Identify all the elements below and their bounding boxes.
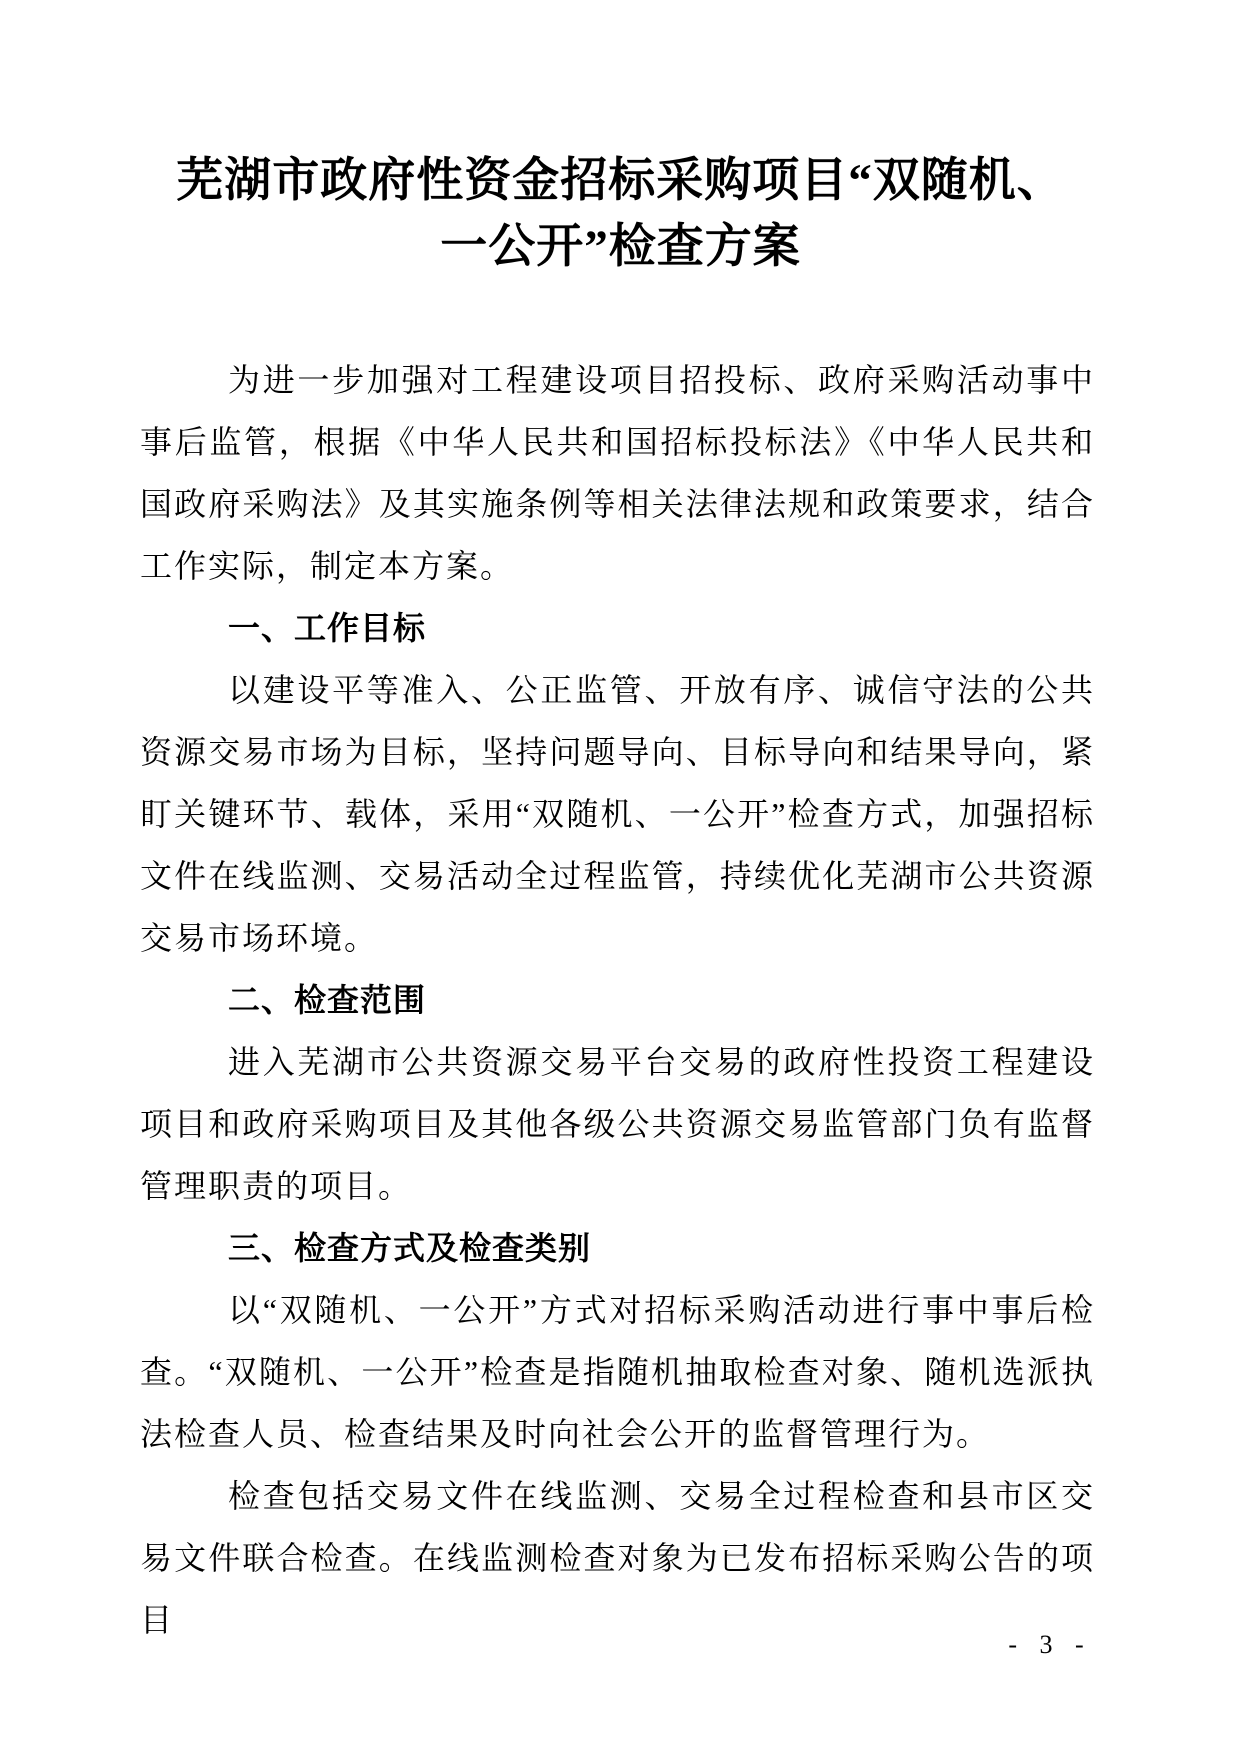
section-inspection-scope-paragraph: 进入芜湖市公共资源交易平台交易的政府性投资工程建设项目和政府采购项目及其他各级公…: [140, 1031, 1095, 1217]
document-page: 芜湖市政府性资金招标采购项目“双随机、 一公开”检查方案 为进一步加强对工程建设…: [0, 0, 1241, 1754]
section-inspection-methods-paragraph-1: 以“双随机、一公开”方式对招标采购活动进行事中事后检查。“双随机、一公开”检查是…: [140, 1279, 1095, 1465]
section-work-goals-paragraph: 以建设平等准入、公正监管、开放有序、诚信守法的公共资源交易市场为目标，坚持问题导…: [140, 659, 1095, 969]
section-heading-inspection-scope: 二、检查范围: [140, 969, 1095, 1031]
document-title-line-1: 芜湖市政府性资金招标采购项目“双随机、: [140, 148, 1101, 214]
section-inspection-methods-paragraph-2: 检查包括交易文件在线监测、交易全过程检查和县市区交易文件联合检查。在线监测检查对…: [140, 1465, 1095, 1651]
section-heading-work-goals: 一、工作目标: [140, 597, 1095, 659]
document-title-line-2: 一公开”检查方案: [140, 214, 1101, 280]
section-heading-inspection-methods: 三、检查方式及检查类别: [140, 1217, 1095, 1279]
document-title: 芜湖市政府性资金招标采购项目“双随机、 一公开”检查方案: [140, 148, 1101, 280]
page-number: - 3 -: [1000, 1630, 1100, 1660]
intro-paragraph: 为进一步加强对工程建设项目招投标、政府采购活动事中事后监管，根据《中华人民共和国…: [140, 349, 1095, 597]
document-body: 为进一步加强对工程建设项目招投标、政府采购活动事中事后监管，根据《中华人民共和国…: [140, 349, 1095, 1651]
